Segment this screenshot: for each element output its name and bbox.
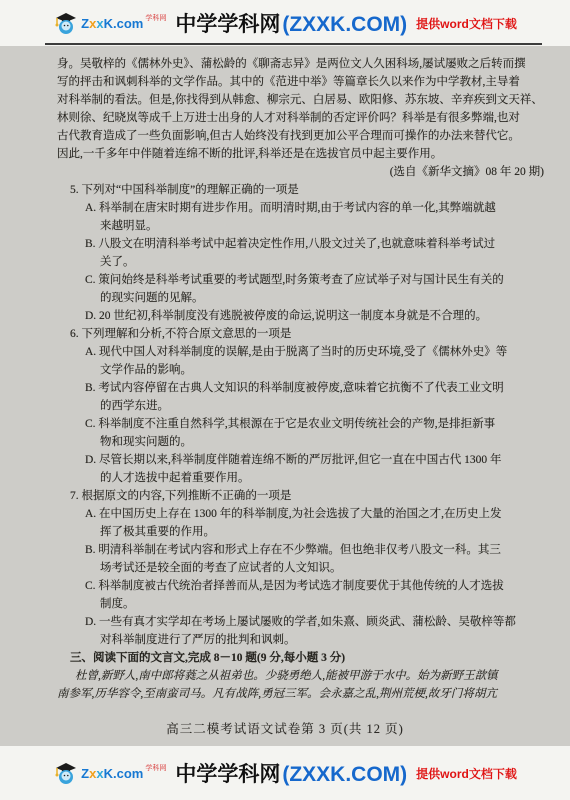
text-line: 对科举制度进行了严厉的批判和讽刺。	[100, 631, 544, 649]
scanned-exam-page: ZxxK.com学科网 中学学科网(ZXXK.COM) 提供word文档下载 身…	[0, 0, 570, 800]
text-line: 文学作品的影响。	[100, 361, 544, 379]
text-line: (选自《新华文摘》08 年 20 期)	[57, 163, 544, 181]
text-line: B. 考试内容停留在古典人文知识的科举制度被停废,意味着它抗衡不了代表工业文明	[85, 379, 544, 397]
text-line: 7. 根据原文的内容,下列推断不正确的一项是	[70, 487, 544, 505]
text-line: 杜曾,新野人,南中郎将蕤之从祖弟也。少骁勇绝人,能被甲游于水中。始为新野王歆镇	[75, 667, 544, 685]
logo-wordmark: ZxxK.com	[81, 16, 143, 31]
text-line: C. 策问始终是科举考试重要的考试题型,时务策考查了应试举子对与国计民生有关的	[85, 271, 544, 289]
text-line: A. 现代中国人对科举制度的误解,是由于脱离了当时的历史环境,受了《儒林外史》等	[85, 343, 544, 361]
text-line: 的西学东进。	[100, 397, 544, 415]
text-line: D. 20 世纪初,科举制度没有逃脱被停废的命运,说明这一制度本身就是不合理的。	[85, 307, 544, 325]
graduate-mascot-icon	[53, 760, 79, 786]
text-line: 写的抨击和讽刺科举的文学作品。其中的《范进中举》等篇章长久以来作为中学教材,主导…	[57, 73, 544, 91]
logo-letter: K	[104, 16, 113, 31]
zxxk-logo: ZxxK.com学科网	[53, 10, 166, 36]
site-header: ZxxK.com学科网 中学学科网(ZXXK.COM) 提供word文档下载	[0, 0, 570, 46]
logo-letter: K	[104, 766, 113, 781]
logo-letter: .com	[113, 16, 143, 31]
text-line: A. 在中国历史上存在 1300 年的科举制度,为社会选拔了大量的治国之才,在历…	[85, 505, 544, 523]
text-line: 挥了极其重要的作用。	[100, 523, 544, 541]
site-footer: ZxxK.com学科网 中学学科网(ZXXK.COM) 提供word文档下载	[0, 746, 570, 800]
page-number-line: 高三二模考试语文试卷第 3 页(共 12 页)	[0, 719, 570, 737]
site-domain: (ZXXK.COM)	[282, 13, 407, 36]
text-line: D. 一些有真才实学却在考场上屡试屡败的学者,如朱熹、顾炎武、蒲松龄、吴敬梓等都	[85, 613, 544, 631]
logo-letter: Z	[81, 766, 89, 781]
text-line: B. 八股文在明清科举考试中起着决定性作用,八股文过关了,也就意味着科举考试过	[85, 235, 544, 253]
download-tagline: 提供word文档下载	[416, 15, 517, 32]
text-line: 6. 下列理解和分析,不符合原文意思的一项是	[70, 325, 544, 343]
text-line: 关了。	[100, 253, 544, 271]
text-line: 制度。	[100, 595, 544, 613]
site-name: 中学学科网	[175, 763, 280, 786]
text-line: 的人才选拔中起着重要作用。	[100, 469, 544, 487]
document-body: 身。吴敬梓的《儒林外史》、蒲松龄的《聊斋志异》是两位文人久困科场,屡试屡败之后转…	[57, 55, 544, 703]
logo-wordmark: ZxxK.com	[81, 766, 143, 781]
text-line: 物和现实问题的。	[100, 433, 544, 451]
text-line: 场考试还是较全面的考查了应试者的人文知识。	[100, 559, 544, 577]
text-line: C. 科举制度不注重自然科学,其根源在于它是农业文明传统社会的产物,是排拒新事	[85, 415, 544, 433]
brand-row: ZxxK.com学科网 中学学科网(ZXXK.COM) 提供word文档下载	[0, 0, 570, 46]
text-line: D. 尽管长期以来,科举制度伴随着连绵不断的严厉批评,但它一直在中国古代 130…	[85, 451, 544, 469]
site-title: 中学学科网(ZXXK.COM)	[175, 8, 407, 38]
logo-letter: .com	[113, 766, 143, 781]
logo-letter: Z	[81, 16, 89, 31]
text-line: 南参军,历华容令,至南蛮司马。凡有战阵,勇冠三军。会永嘉之乱,荆州荒梗,故牙门将…	[57, 685, 544, 703]
logo-subscript: 学科网	[145, 15, 166, 22]
text-line: 5. 下列对“中国科举制度”的理解正确的一项是	[70, 181, 544, 199]
text-line: B. 明清科举制在考试内容和形式上存在不少弊端。但也绝非仅考八股文一科。其三	[85, 541, 544, 559]
text-line: 因此,一千多年中伴随着连绵不断的批评,科举还是在选拔官员中起主要作用。	[57, 145, 544, 163]
logo-subscript: 学科网	[145, 765, 166, 772]
graduate-mascot-icon	[53, 10, 79, 36]
site-domain: (ZXXK.COM)	[282, 763, 407, 786]
text-line: 对科举制的看法。但是,你找得到从韩愈、柳宗元、白居易、欧阳修、苏东坡、辛弃疾到文…	[57, 91, 544, 109]
text-line: 古代教育造成了一些负面影响,但古人始终没有找到更加公平合理而可操作的办法来替代它…	[57, 127, 544, 145]
site-name: 中学学科网	[175, 13, 280, 36]
zxxk-logo: ZxxK.com学科网	[53, 760, 166, 786]
text-line: 三、阅读下面的文言文,完成 8－10 题(9 分,每小题 3 分)	[70, 649, 544, 667]
logo-letter: x	[96, 16, 103, 31]
site-title: 中学学科网(ZXXK.COM)	[175, 758, 407, 788]
text-line: A. 科举制在唐宋时期有进步作用。而明清时期,由于考试内容的单一化,其弊端就越	[85, 199, 544, 217]
text-line: 身。吴敬梓的《儒林外史》、蒲松龄的《聊斋志异》是两位文人久困科场,屡试屡败之后转…	[57, 55, 544, 73]
download-tagline: 提供word文档下载	[416, 765, 517, 782]
text-line: 的现实问题的见解。	[100, 289, 544, 307]
logo-letter: x	[96, 766, 103, 781]
header-divider	[45, 43, 542, 45]
brand-row: ZxxK.com学科网 中学学科网(ZXXK.COM) 提供word文档下载	[0, 746, 570, 800]
text-line: C. 科举制度被古代统治者择善而从,是因为考试选才制度要优于其他传统的人才选拔	[85, 577, 544, 595]
text-line: 林则徐、纪晓岚等成千上万进士出身的人才对科举制的否定评价吗？科举是有很多弊端,也…	[57, 109, 544, 127]
text-line: 来越明显。	[100, 217, 544, 235]
